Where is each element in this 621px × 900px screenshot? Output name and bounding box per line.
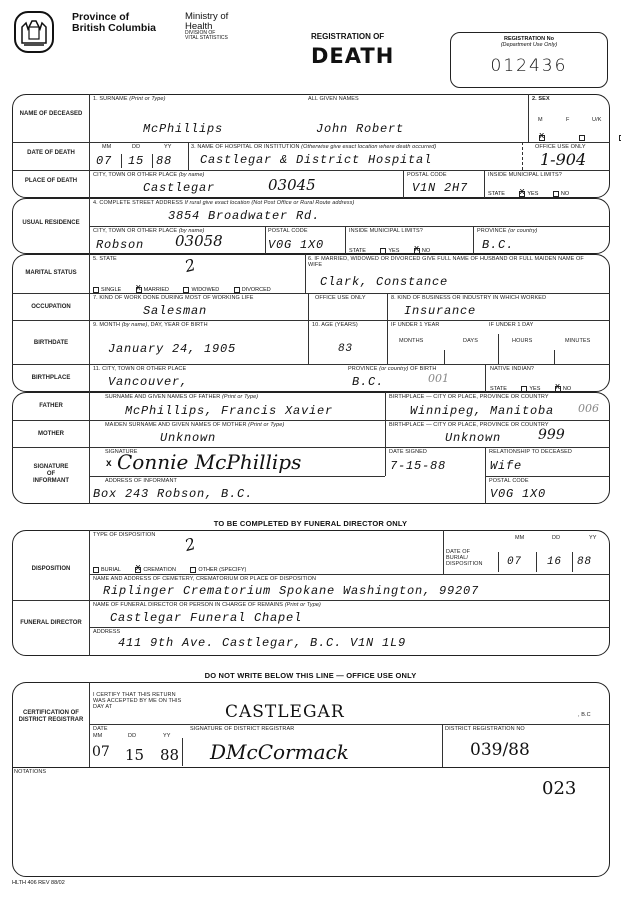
relationship-value[interactable]: Wife (490, 459, 522, 473)
native-no-checkbox[interactable] (555, 386, 561, 392)
under-day-label: IF UNDER 1 DAY (489, 322, 533, 328)
label-occupation: OCCUPATION (14, 304, 88, 311)
marital-married-label: MARRIED (144, 287, 169, 293)
res-limits-yes-checkbox[interactable] (380, 248, 386, 254)
burial-mm-label: MM (515, 535, 524, 541)
label-usual-residence: USUAL RESIDENCE (14, 220, 88, 227)
mother-birthplace-code: 999 (538, 427, 565, 443)
registrar-dd-label: DD (128, 733, 136, 739)
birthplace-province-value[interactable]: B.C. (352, 375, 384, 389)
death-limits-label: INSIDE MUNICIPAL LIMITS? (488, 172, 562, 178)
division-line2: VITAL STATISTICS (185, 36, 228, 41)
under-year-label: IF UNDER 1 YEAR (391, 322, 439, 328)
native-state-label: STATE (490, 386, 507, 392)
birthdate-label: 9. MONTH (by name), DAY, YEAR OF BIRTH (93, 322, 208, 328)
res-limits-yes-label: YES (388, 248, 399, 254)
disposition-place-value[interactable]: Riplinger Crematorium Spokane Washington… (103, 584, 479, 598)
months-label: MONTHS (399, 338, 423, 344)
registrar-mm-label: MM (93, 733, 102, 739)
father-name-value[interactable]: McPhillips, Francis Xavier (125, 404, 333, 418)
label-funeral-director: FUNERAL DIRECTOR (14, 620, 88, 627)
disposition-burial-label: BURIAL (101, 567, 121, 573)
native-yes-label: YES (529, 386, 540, 392)
registrar-bc-label: , B.C (578, 712, 591, 718)
native-yes-checkbox[interactable] (521, 386, 527, 392)
death-yy-value[interactable]: 88 (156, 154, 172, 168)
disposition-burial-checkbox[interactable] (93, 567, 99, 573)
date-signed-label: DATE SIGNED (389, 449, 427, 455)
res-limits-state-label: STATE (349, 248, 366, 254)
label-birthdate: BIRTHDATE (14, 340, 88, 347)
res-province-value[interactable]: B.C. (482, 238, 514, 252)
res-postal-label: POSTAL CODE (268, 228, 308, 234)
hours-label: HOURS (512, 338, 532, 344)
office-use-value: 1-904 (540, 150, 586, 169)
date-signed-value[interactable]: 7-15-88 (390, 459, 446, 473)
registrar-yy-value: 88 (160, 746, 179, 764)
burial-dd-value[interactable]: 16 (547, 556, 562, 568)
age-label: 10. AGE (YEARS) (312, 322, 358, 328)
given-names-label: ALL GIVEN NAMES (308, 96, 359, 102)
sex-f-checkbox[interactable] (579, 135, 585, 141)
death-limits-yes-checkbox[interactable] (519, 191, 525, 197)
registrar-location: CASTLEGAR (225, 702, 345, 722)
work-value[interactable]: Salesman (143, 304, 207, 318)
res-limits-label: INSIDE MUNICIPAL LIMITS? (349, 228, 423, 234)
label-name-of-deceased: NAME OF DECEASED (14, 111, 88, 118)
funeral-director-name-label: NAME OF FUNERAL DIRECTOR OR PERSON IN CH… (93, 602, 321, 608)
death-mm-label: MM (102, 144, 111, 150)
form-number: HLTH 406 REV 88/02 (12, 880, 65, 886)
res-city-code: 03058 (175, 232, 223, 250)
label-father: FATHER (14, 403, 88, 410)
burial-date-label: DATE OFBURIAL/DISPOSITION (446, 549, 483, 567)
marital-single-label: SINGLE (101, 287, 121, 293)
street-label: 4. COMPLETE STREET ADDRESS If rural give… (93, 200, 354, 206)
death-city-label: CITY, TOWN OR OTHER PLACE (by name) (93, 172, 204, 178)
informant-address-label: ADDRESS OF INFORMANT (105, 478, 177, 484)
label-marital-status: MARITAL STATUS (14, 270, 88, 277)
marital-state-label: 5. STATE (93, 256, 117, 262)
informant-signature[interactable]: Connie McPhillips (117, 450, 301, 474)
burial-mm-value[interactable]: 07 (507, 556, 522, 568)
label-signature-of-informant: SIGNATUREOFINFORMANT (14, 464, 88, 485)
label-birthplace: BIRTHPLACE (14, 375, 88, 382)
bc-crest-logo (14, 11, 54, 53)
marital-divorced-label: DIVORCED (242, 287, 271, 293)
res-limits-no-label: NO (422, 248, 430, 254)
age-value[interactable]: 83 (338, 343, 353, 355)
death-postal-value[interactable]: V1N 2H7 (412, 181, 468, 195)
mother-name-value[interactable]: Unknown (160, 431, 216, 445)
registrar-date-label: DATE (93, 726, 108, 732)
disposition-place-label: NAME AND ADDRESS OF CEMETERY, CREMATORIU… (93, 576, 316, 582)
province-name: Province of British Columbia (72, 12, 156, 34)
sex-uk-label: U/K (592, 117, 601, 123)
native-indian-label: NATIVE INDIAN? (490, 366, 534, 372)
father-birthplace-code: 006 (578, 402, 599, 415)
birthplace-province-label: PROVINCE (or country) OF BIRTH (348, 366, 437, 372)
birthplace-city-value[interactable]: Vancouver, (108, 375, 188, 389)
registrar-yy-label: YY (163, 733, 171, 739)
marital-widowed-label: WIDOWED (191, 287, 219, 293)
disposition-other-checkbox[interactable] (190, 567, 196, 573)
death-limits-state-label: STATE (488, 191, 505, 197)
marital-divorced-checkbox[interactable] (234, 287, 240, 293)
birthplace-province-code: 001 (428, 372, 449, 385)
label-mother: MOTHER (14, 431, 88, 438)
district-reg-label: DISTRICT REGISTRATION No (445, 726, 525, 732)
father-birthplace-value[interactable]: Winnipeg, Manitoba (410, 404, 554, 418)
disposition-cremation-checkbox[interactable] (135, 567, 141, 573)
form-title-small: REGISTRATION OF (311, 32, 384, 41)
death-postal-label: POSTAL CODE (407, 172, 447, 178)
label-certification-of-registrar: CERTIFICATION OF DISTRICT REGISTRAR (14, 710, 88, 724)
registrar-signature-label: SIGNATURE OF DISTRICT REGISTRAR (190, 726, 294, 732)
mother-name-label: MAIDEN SURNAME AND GIVEN NAMES OF MOTHER… (105, 422, 284, 428)
industry-label: 8. KIND OF BUSINESS OR INDUSTRY IN WHICH… (391, 295, 546, 301)
label-date-of-death: DATE OF DEATH (14, 150, 88, 157)
registrar-dd-value: 15 (125, 746, 144, 764)
informant-postal-label: POSTAL CODE (489, 478, 529, 484)
section-notations (12, 767, 610, 877)
informant-postal-value[interactable]: V0G 1X0 (490, 487, 546, 501)
funeral-director-address-label: ADDRESS (93, 629, 120, 635)
notations-mark: 023 (542, 778, 576, 799)
res-limits-no-checkbox[interactable] (414, 248, 420, 254)
marital-single-checkbox[interactable] (93, 287, 99, 293)
spouse-label: 6. IF MARRIED, WIDOWED OR DIVORCED GIVE … (308, 256, 598, 268)
marital-married-checkbox[interactable] (136, 287, 142, 293)
office-section-title: DO NOT WRITE BELOW THIS LINE — OFFICE US… (0, 671, 621, 680)
death-dd-value[interactable]: 15 (128, 154, 144, 168)
burial-yy-value[interactable]: 88 (577, 556, 592, 568)
minutes-label: MINUTES (565, 338, 590, 344)
given-names-value[interactable]: John Robert (316, 122, 404, 136)
father-birthplace-label: BIRTHPLACE — CITY OR PLACE, PROVINCE OR … (389, 394, 549, 400)
death-mm-value[interactable]: 07 (96, 154, 112, 168)
notations-label: NOTATIONS (14, 769, 46, 775)
signature-x-mark: x (106, 458, 112, 469)
surname-label: 1. SURNAME (Print or Type) (93, 96, 166, 102)
funeral-director-name-value[interactable]: Castlegar Funeral Chapel (110, 611, 302, 625)
surname-value[interactable]: McPhillips (143, 122, 223, 136)
sex-m-checkbox[interactable] (539, 135, 545, 141)
street-value[interactable]: 3854 Broadwater Rd. (168, 209, 320, 223)
death-limits-no-checkbox[interactable] (553, 191, 559, 197)
occupation-office-label: OFFICE USE ONLY (315, 295, 366, 301)
disposition-type-label: TYPE OF DISPOSITION (93, 532, 155, 538)
burial-yy-label: YY (589, 535, 597, 541)
certify-label: I CERTIFY THAT THIS RETURN WAS ACCEPTED … (93, 692, 188, 710)
days-label: DAYS (463, 338, 478, 344)
form-title-death: DEATH (311, 44, 394, 68)
funeral-section-title: TO BE COMPLETED BY FUNERAL DIRECTOR ONLY (0, 519, 621, 528)
marital-widowed-checkbox[interactable] (183, 287, 189, 293)
death-dd-label: DD (132, 144, 140, 150)
death-city-value[interactable]: Castlegar (143, 181, 215, 195)
res-province-label: PROVINCE (or country) (477, 228, 538, 234)
relationship-label: RELATIONSHIP TO DECEASED (489, 449, 572, 455)
reg-box-hint: (Department Use Only) (451, 42, 607, 48)
label-disposition: DISPOSITION (14, 566, 88, 573)
death-limits-yes-label: YES (527, 191, 538, 197)
registration-number-box: REGISTRATION No (Department Use Only) 01… (450, 32, 608, 88)
registrar-signature: DMcCormack (210, 740, 349, 764)
res-city-value[interactable]: Robson (96, 238, 144, 252)
burial-dd-label: DD (552, 535, 560, 541)
industry-value[interactable]: Insurance (404, 304, 476, 318)
label-place-of-death: PLACE OF DEATH (14, 178, 88, 185)
native-no-label: NO (563, 386, 571, 392)
funeral-director-address-value[interactable]: 411 9th Ave. Castlegar, B.C. V1N 1L9 (118, 636, 406, 650)
registration-number: 012436 (451, 56, 607, 76)
province-line2: British Columbia (72, 23, 156, 34)
sex-label: 2. SEX (532, 96, 550, 102)
death-city-code: 03045 (268, 176, 316, 194)
spouse-value[interactable]: Clark, Constance (320, 275, 448, 289)
disposition-other-label: OTHER (SPECIFY) (198, 567, 246, 573)
mother-birthplace-value[interactable]: Unknown (445, 431, 501, 445)
birthplace-city-label: 11. CITY, TOWN OR OTHER PLACE (93, 366, 186, 372)
birthdate-value[interactable]: January 24, 1905 (108, 342, 236, 356)
mother-birthplace-label: BIRTHPLACE — CITY OR PLACE, PROVINCE OR … (389, 422, 549, 428)
work-label: 7. KIND OF WORK DONE DURING MOST OF WORK… (93, 295, 254, 301)
ministry-name: Ministry of Health DIVISION OF VITAL STA… (185, 12, 228, 41)
registrar-mm-value: 07 (92, 744, 110, 760)
sex-m-label: M (538, 117, 543, 123)
hospital-label: 3. NAME OF HOSPITAL OR INSTITUTION (Othe… (191, 144, 436, 150)
disposition-cremation-label: CREMATION (143, 567, 176, 573)
sex-f-label: F (566, 117, 569, 123)
death-yy-label: YY (164, 144, 172, 150)
hospital-value[interactable]: Castlegar & District Hospital (200, 153, 432, 167)
informant-address-value[interactable]: Box 243 Robson, B.C. (93, 487, 253, 501)
district-reg-value: 039/88 (470, 740, 530, 760)
death-limits-no-label: NO (561, 191, 569, 197)
res-postal-value[interactable]: V0G 1X0 (268, 238, 324, 252)
father-name-label: SURNAME AND GIVEN NAMES OF FATHER (Print… (105, 394, 258, 400)
